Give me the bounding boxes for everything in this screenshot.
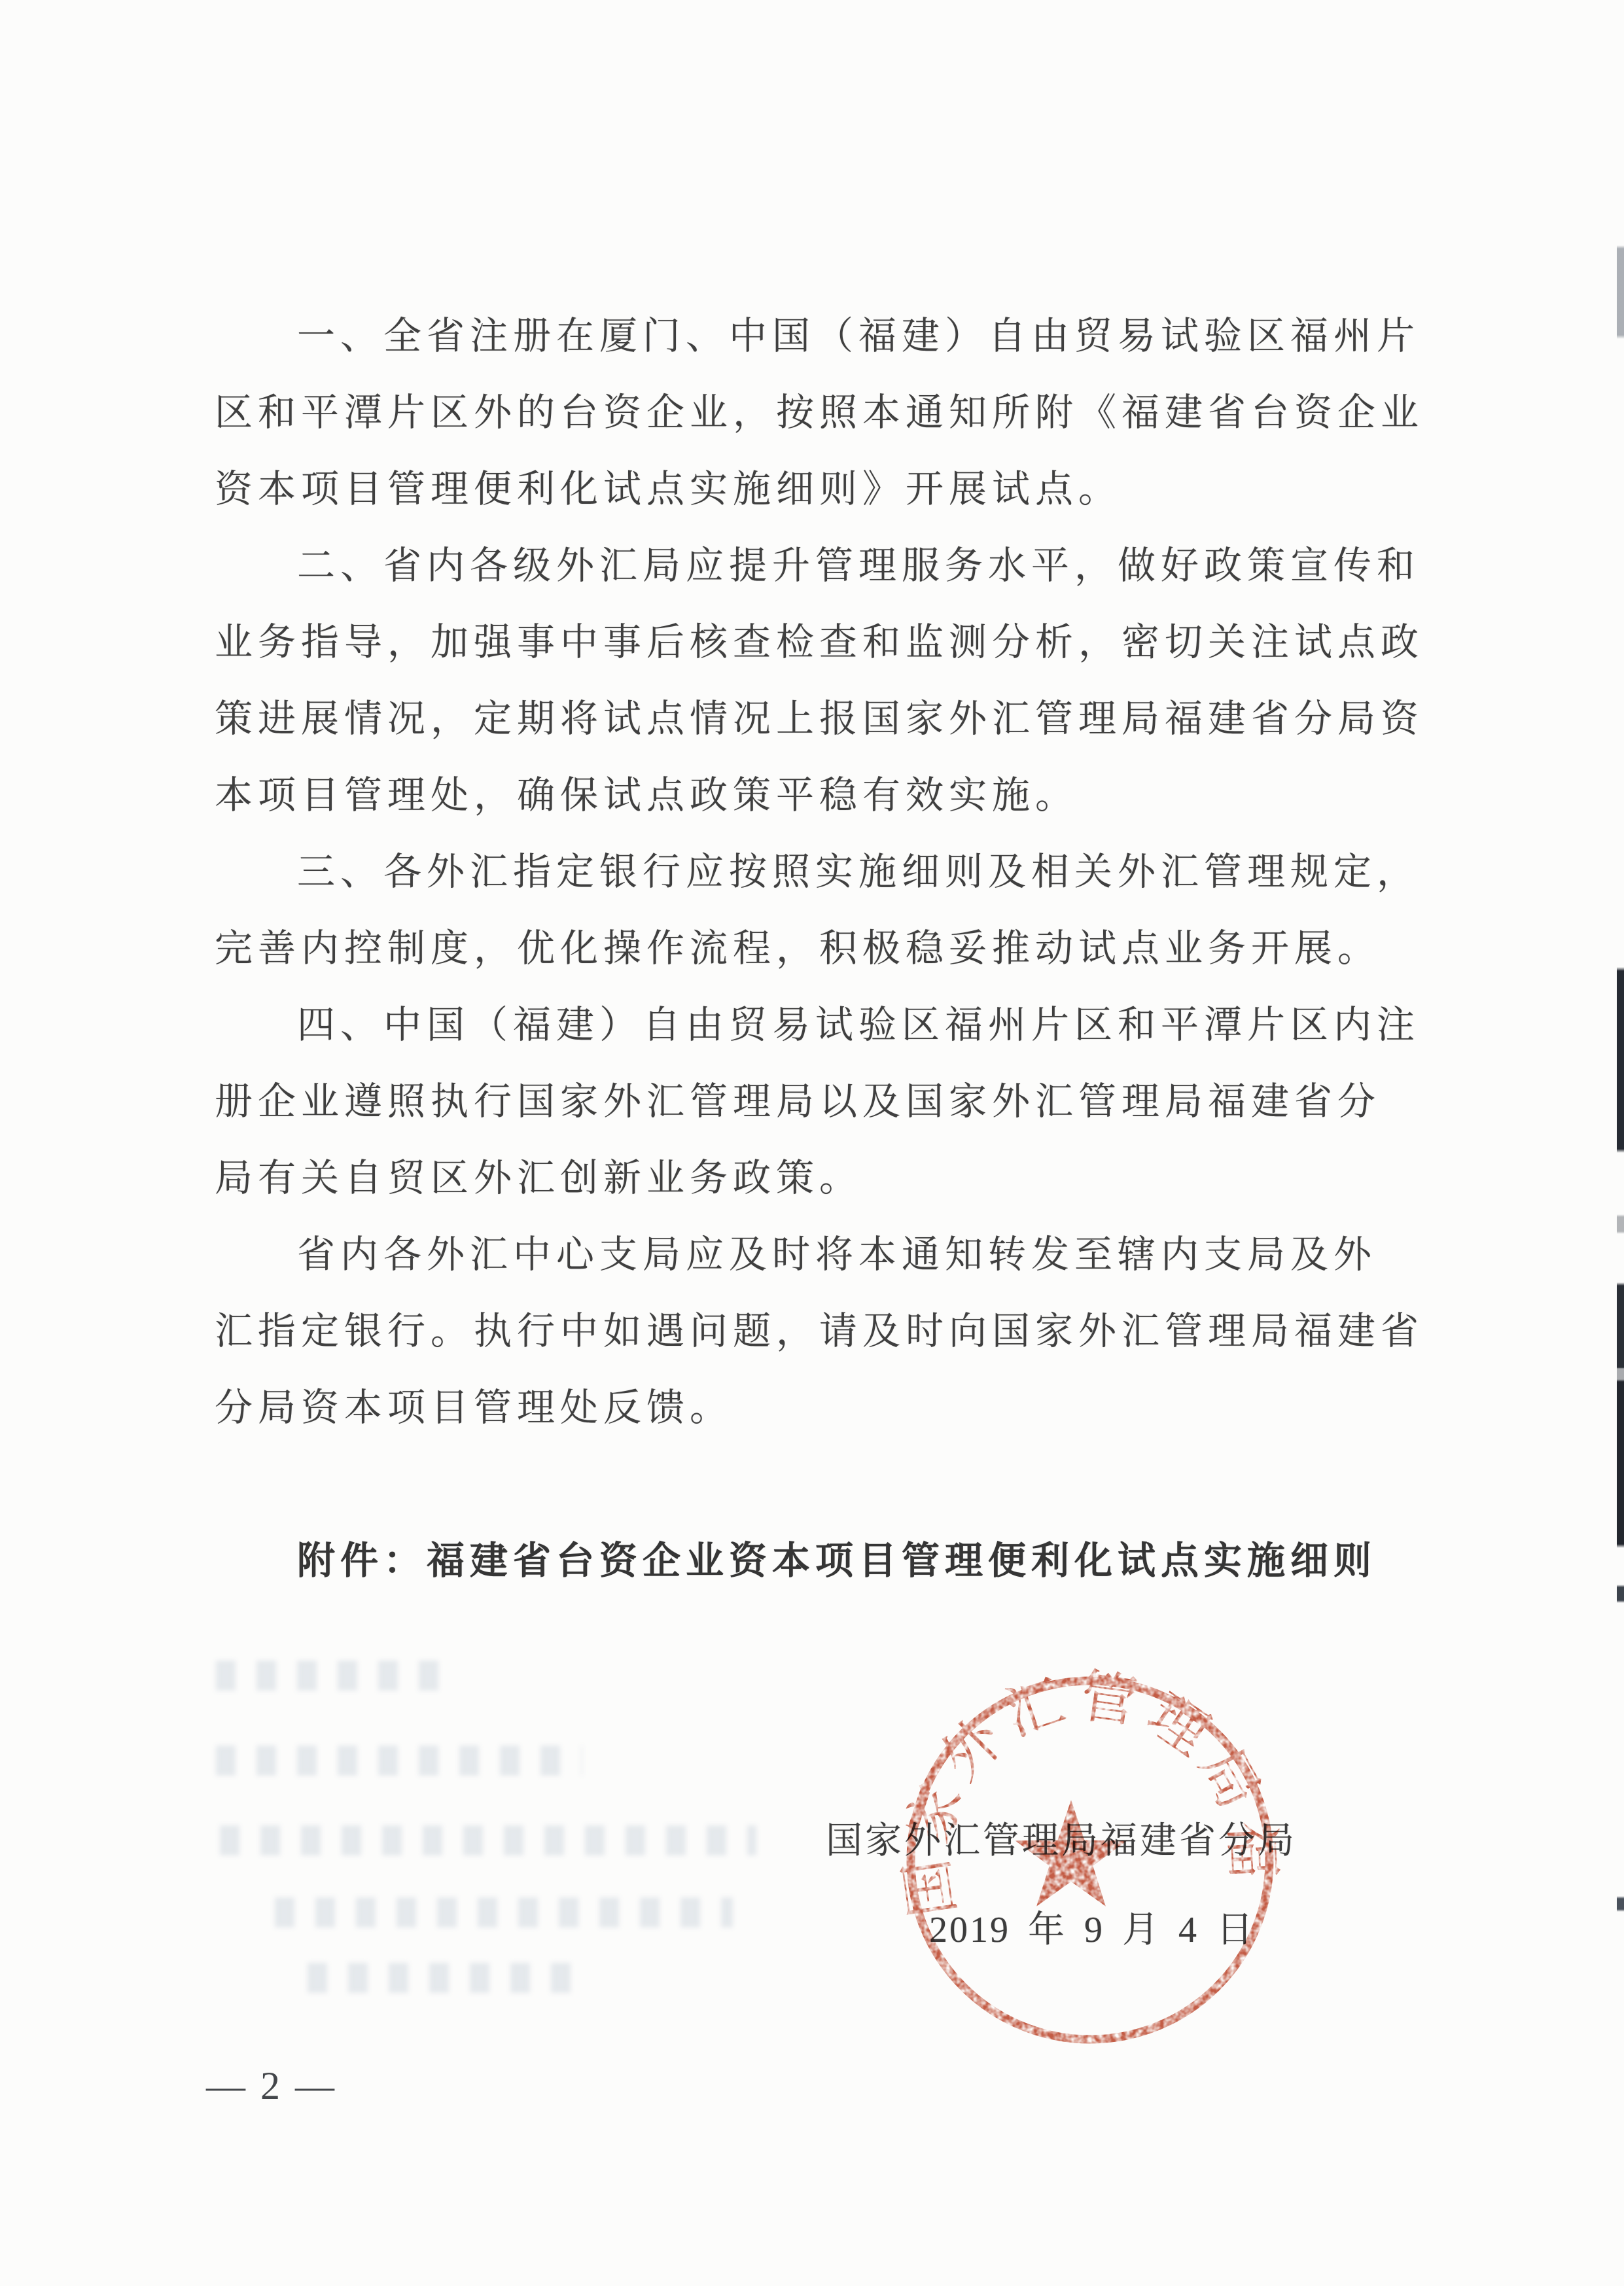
body-line: 册企业遵照执行国家外汇管理局以及国家外汇管理局福建省分 bbox=[215, 1063, 1445, 1140]
signature-line: 国家外汇管理局福建省分局 bbox=[826, 1823, 1297, 1859]
attachment-line: 附件：福建省台资企业资本项目管理便利化试点实施细则 bbox=[215, 1522, 1445, 1599]
bleedthrough-artifact bbox=[308, 1963, 589, 1993]
body-line: 汇指定银行。执行中如遇问题，请及时向国家外汇管理局福建省 bbox=[215, 1293, 1445, 1369]
body-line: 三、各外汇指定银行应按照实施细则及相关外汇管理规定， bbox=[215, 834, 1445, 910]
bleedthrough-artifact bbox=[216, 1661, 458, 1691]
document-body: 一、全省注册在厦门、中国（福建）自由贸易试验区福州片 区和平潭片区外的台资企业，… bbox=[215, 298, 1445, 1599]
body-line: 业务指导，加强事中事后核查检查和监测分析，密切关注试点政 bbox=[215, 604, 1445, 680]
page-number: — 2 — bbox=[206, 2066, 337, 2105]
body-line: 区和平潭片区外的台资企业，按照本通知所附《福建省台资企业 bbox=[215, 374, 1445, 451]
body-line: 分局资本项目管理处反馈。 bbox=[215, 1369, 1445, 1446]
bleedthrough-artifact bbox=[216, 1746, 582, 1776]
body-line: 完善内控制度，优化操作流程，积极稳妥推动试点业务开展。 bbox=[215, 910, 1445, 987]
body-line: 二、省内各级外汇局应提升管理服务水平，做好政策宣传和 bbox=[215, 527, 1445, 604]
date-line: 2019 年 9 月 4 日 bbox=[929, 1912, 1255, 1948]
body-line: 资本项目管理便利化试点实施细则》开展试点。 bbox=[215, 451, 1445, 527]
body-line: 四、中国（福建）自由贸易试验区福州片区和平潭片区内注 bbox=[215, 987, 1445, 1063]
body-line: 局有关自贸区外汇创新业务政策。 bbox=[215, 1140, 1445, 1216]
body-line: 本项目管理处，确保试点政策平稳有效实施。 bbox=[215, 757, 1445, 834]
body-line: 省内各外汇中心支局应及时将本通知转发至辖内支局及外 bbox=[215, 1216, 1445, 1293]
seal-arc-text: 国家外汇管理局福建省分局 bbox=[881, 1651, 1284, 1921]
body-line: 一、全省注册在厦门、中国（福建）自由贸易试验区福州片 bbox=[215, 298, 1445, 374]
bleedthrough-artifact bbox=[275, 1897, 733, 1927]
document-page: 一、全省注册在厦门、中国（福建）自由贸易试验区福州片 区和平潭片区外的台资企业，… bbox=[0, 0, 1624, 2286]
bleedthrough-artifact bbox=[220, 1825, 756, 1855]
scan-edge-artifact bbox=[1617, 0, 1624, 2286]
blank-line bbox=[215, 1446, 1445, 1522]
body-line: 策进展情况，定期将试点情况上报国家外汇管理局福建省分局资 bbox=[215, 680, 1445, 757]
